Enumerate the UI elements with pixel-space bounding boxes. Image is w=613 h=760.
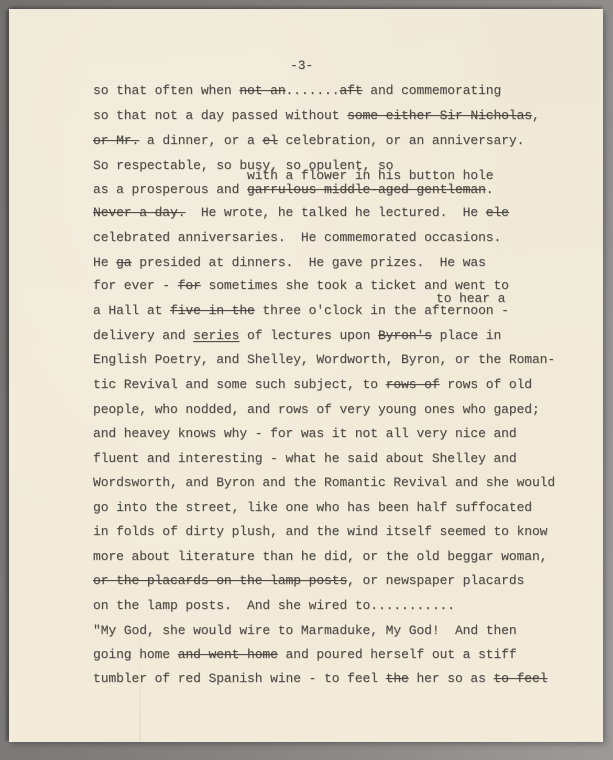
struck-text: and went home [178,647,278,662]
typed-text: her so as [409,671,494,686]
typed-text: ....... [286,83,340,98]
typed-line: tic Revival and some such subject, to ro… [93,378,532,391]
typed-line: or the placards on the lamp posts, or ne… [93,574,524,587]
typed-text: delivery and [93,328,193,343]
typed-line: on the lamp posts. And she wired to.....… [93,599,455,612]
typed-text: . [486,182,494,197]
struck-text: Byron's [378,328,432,343]
typed-line: and heavey knows why - for was it not al… [93,427,517,440]
typed-line: celebrated anniversaries. He commemorate… [93,231,501,244]
typed-line: fluent and interesting - what he said ab… [93,452,517,465]
struck-text: rows of [386,377,440,392]
typed-text: celebration, or an anniversary. [278,133,524,148]
typed-text: more about literature than he did, or th… [93,549,547,564]
typed-text: as a prosperous and [93,182,247,197]
typed-text: celebrated anniversaries. He commemorate… [93,230,501,245]
typed-text: on the lamp posts. And she wired to.....… [93,598,455,613]
typed-line: so that often when not an.......aft and … [93,84,501,97]
typed-text: so that often when [93,83,239,98]
typed-line: with a flower in his button hole [247,169,493,182]
scan-background: -3- so that often when not an.......aft … [0,0,613,760]
typed-line: delivery and series of lectures upon Byr… [93,329,501,342]
typed-text: of lectures upon [239,328,378,343]
typed-text: He wrote, he talked he lectured. He [185,205,485,220]
struck-text: not an [239,83,285,98]
typed-line: or Mr. a dinner, or a el celebration, or… [93,134,524,147]
typed-text: going home [93,647,178,662]
typed-text: fluent and interesting - what he said ab… [93,451,517,466]
struck-text: ele [486,205,509,220]
struck-text: to feel [493,671,547,686]
typed-text: Wordsworth, and Byron and the Romantic R… [93,475,555,490]
typed-text: He [93,255,116,270]
typed-text: tic Revival and some such subject, to [93,377,386,392]
struck-text: aft [339,83,362,98]
typed-text: people, who nodded, and rows of very you… [93,402,540,417]
typed-text: and poured herself out a stiff [278,647,517,662]
typed-text: tumbler of red Spanish wine - to feel [93,671,386,686]
struck-text: ga [116,255,131,270]
typed-line: as a prosperous and garrulous middle-age… [93,183,493,196]
struck-text: Never a day. [93,205,185,220]
typed-text: so that not a day passed without [93,108,347,123]
typed-line: going home and went home and poured hers… [93,648,517,661]
underlined-text: series [193,328,239,343]
typed-line: Wordsworth, and Byron and the Romantic R… [93,476,555,489]
typed-text: and heavey knows why - for was it not al… [93,426,517,441]
typed-text: English Poetry, and Shelley, Wordworth, … [93,352,555,367]
typed-line: "My God, she would wire to Marmaduke, My… [93,624,517,637]
typed-text: , or newspaper placards [347,573,524,588]
typed-text: "My God, she would wire to Marmaduke, My… [93,623,517,638]
struck-text: or the placards on the lamp posts [93,573,347,588]
typed-text: and commemorating [363,83,502,98]
typed-text: in folds of dirty plush, and the wind it… [93,524,547,539]
typed-text: rows of old [440,377,532,392]
typed-line: people, who nodded, and rows of very you… [93,403,540,416]
struck-text: five in the [170,303,255,318]
typed-text: with a flower in his button hole [247,168,493,183]
typed-text: , [532,108,540,123]
typed-text: go into the street, like one who has bee… [93,500,532,515]
typed-line: more about literature than he did, or th… [93,550,547,563]
typed-text: a Hall at [93,303,170,318]
typed-line: He ga presided at dinners. He gave prize… [93,256,486,269]
typed-text: a dinner, or a [139,133,262,148]
typed-line: a Hall at five in the three o'clock in t… [93,304,509,317]
struck-text: el [262,133,277,148]
struck-text: the [386,671,409,686]
struck-text: garrulous middle-aged gentleman [247,182,486,197]
typed-line: go into the street, like one who has bee… [93,501,532,514]
typed-line: tumbler of red Spanish wine - to feel th… [93,672,547,685]
typed-line: in folds of dirty plush, and the wind it… [93,525,547,538]
typed-text: presided at dinners. He gave prizes. He … [132,255,486,270]
typed-line: Never a day. He wrote, he talked he lect… [93,206,509,219]
typed-text: for ever - [93,278,178,293]
typed-line: English Poetry, and Shelley, Wordworth, … [93,353,555,366]
page-number: -3- [290,59,313,72]
struck-text: for [178,278,201,293]
typed-text: three o'clock in the afternoon - [255,303,509,318]
struck-text: some either Sir Nicholas [347,108,532,123]
manuscript-page: -3- so that often when not an.......aft … [9,9,603,742]
typed-text: place in [432,328,501,343]
struck-text: or Mr. [93,133,139,148]
typed-line: so that not a day passed without some ei… [93,109,540,122]
